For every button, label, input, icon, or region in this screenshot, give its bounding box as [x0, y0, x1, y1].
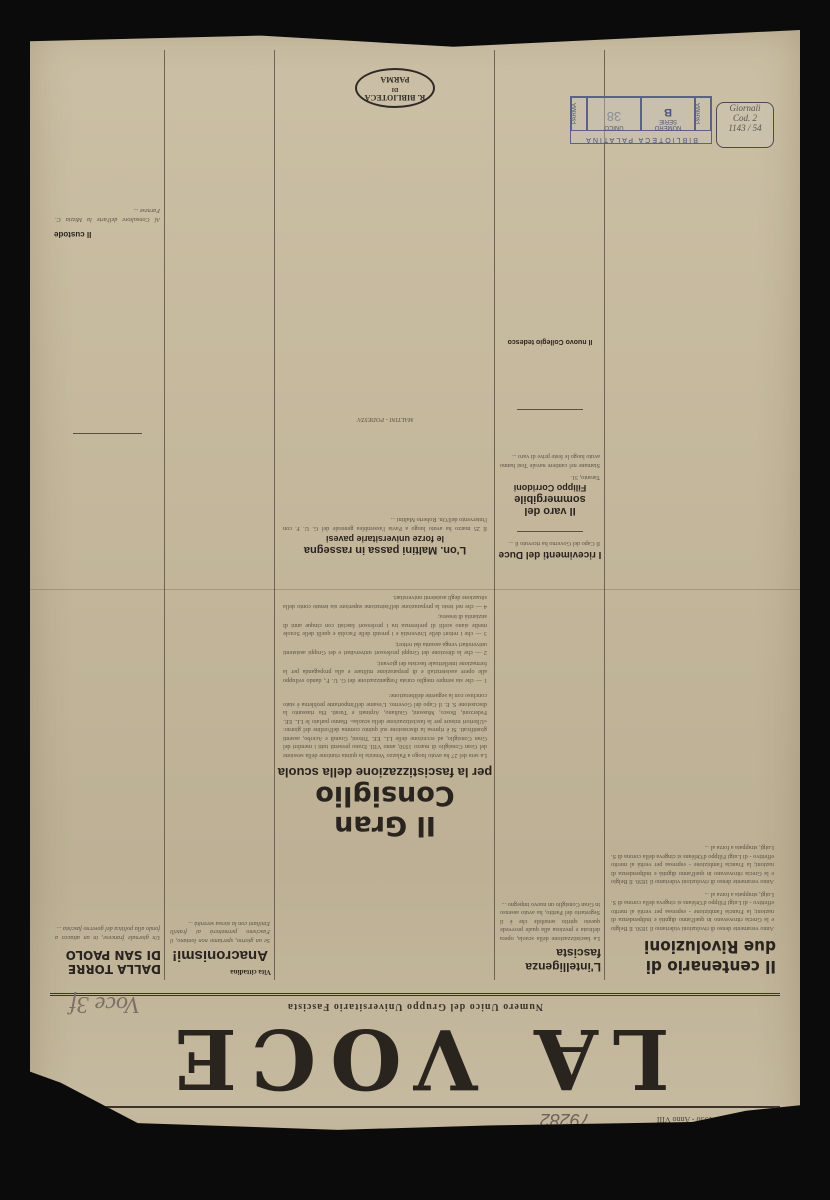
- masthead-rule: [50, 1106, 780, 1108]
- column-intelligenza: L'intelligenza fascista La fascistizzazi…: [494, 50, 605, 980]
- headline-intelligenza: L'intelligenza fascista: [495, 944, 605, 980]
- date-line: Lunedì 31 Marzo 1930 - Anno VIII: [657, 1115, 770, 1124]
- headline-collegio: Il nuovo Collegio tedesco: [495, 338, 605, 405]
- article-torre-text: Un giornale francese, in un attacco a fo…: [50, 438, 165, 944]
- masthead-double-rule: [50, 993, 780, 996]
- inventory-line-2: Cod. 2: [717, 113, 773, 123]
- fold-crease: [30, 589, 800, 590]
- headline-anacronismi: Anacronismi!: [165, 947, 275, 964]
- article-intelligenza-text: La fascistizzazione della scuola, opera …: [495, 660, 605, 944]
- newspaper-sheet: Lunedì 31 Marzo 1930 - Anno VIII 79282 L…: [30, 30, 800, 1150]
- palatina-side-left: PARMA: [695, 97, 711, 131]
- masthead: Lunedì 31 Marzo 1930 - Anno VIII 79282 L…: [50, 1004, 780, 1124]
- headline-torre: DALLA TORRE DI SAN PAOLO: [50, 944, 165, 980]
- subheadline-gran-consiglio: per la fascistizzazione della scuola: [275, 765, 495, 780]
- headline-maltini: L'on. Maltini passa in rassegna: [275, 544, 495, 592]
- newspaper-title: LA VOCE: [50, 1012, 780, 1104]
- article-maltini-text: Il 25 marzo ha avuto luogo a Pavia l'ass…: [275, 513, 495, 534]
- library-oval-stamp: R. BIBLIOTECA DI PARMA: [355, 68, 435, 108]
- headline-custode: Il custode: [50, 226, 165, 429]
- article-anacronismi-text: Se un giorno, speriamo non lontano, il F…: [165, 121, 275, 947]
- gran-consiglio-point-2: 2 — che la direzione dei Gruppi professo…: [275, 639, 495, 658]
- inventory-label: Giornali Cod. 2 1143 / 54: [716, 102, 774, 148]
- headline-centenario: Il centenario di due Rivoluzioni: [605, 934, 780, 980]
- article-gran-consiglio-text: La sera del 27 ha avuto luogo a Palazzo …: [275, 685, 495, 765]
- rotated-page: Lunedì 31 Marzo 1930 - Anno VIII 79282 L…: [30, 30, 800, 1150]
- inventory-line-3: 1143 / 54: [717, 123, 773, 133]
- column-torre: DALLA TORRE DI SAN PAOLO Un giornale fra…: [50, 50, 165, 980]
- column-gran-consiglio: Il Gran Consiglio per la fascistizzazion…: [274, 50, 495, 980]
- inventory-line-1: Giornali: [717, 103, 773, 113]
- column-anacronismi: Vita cittadina Anacronismi! Se un giorno…: [164, 50, 275, 980]
- kicker-vita-cittadina: Vita cittadina: [165, 964, 275, 980]
- column-centenario: Il centenario di due Rivoluzioni Anno ve…: [604, 50, 780, 980]
- handwritten-note: Voce 3f: [70, 990, 140, 1017]
- gran-consiglio-point-1: 1 — che sia sempre meglio curata l'organ…: [275, 658, 495, 686]
- article-custode-text: Al Consultore dell'arte la Mizzia C. Far…: [50, 203, 165, 226]
- handwritten-number: 79282: [540, 1109, 590, 1130]
- article-sommergibile-text: Stamane nel cantiere navale Tosi hanno a…: [495, 450, 605, 471]
- subheadline-maltini: le forze universitarie pavesi: [275, 534, 495, 544]
- article-columns: Il centenario di due Rivoluzioni Anno ve…: [50, 50, 780, 980]
- article-centenario-body: Anno veramente denso di rivoluzioni vide…: [605, 264, 780, 888]
- sommergibile-dateline: Taranto, 31.: [495, 471, 605, 484]
- subheadline-sommergibile: Filippo Corridoni: [495, 484, 605, 494]
- headline-duce: I ricevimenti del Duce: [495, 549, 605, 660]
- headline-gran-consiglio: Il Gran Consiglio: [275, 780, 495, 980]
- palatina-serie-cell: NUMERO SERIE B: [641, 97, 695, 131]
- gran-consiglio-point-3: 3 — che i rettori delle Università e i p…: [275, 611, 495, 639]
- article-centenario-text: Anno veramente denso di rivoluzioni vide…: [605, 888, 780, 935]
- gran-consiglio-point-4: 4 — che nel testo la preparazione dell'i…: [275, 592, 495, 611]
- newspaper-subtitle: Numero Unico del Gruppo Universitario Fa…: [50, 1001, 780, 1012]
- podesta-signature: MALTINI - PODESTA': [275, 415, 495, 514]
- headline-sommergibile: Il varo del sommergibile: [495, 494, 605, 528]
- article-duce-text: Il Capo del Governo ha ricevuto il ...: [495, 537, 605, 550]
